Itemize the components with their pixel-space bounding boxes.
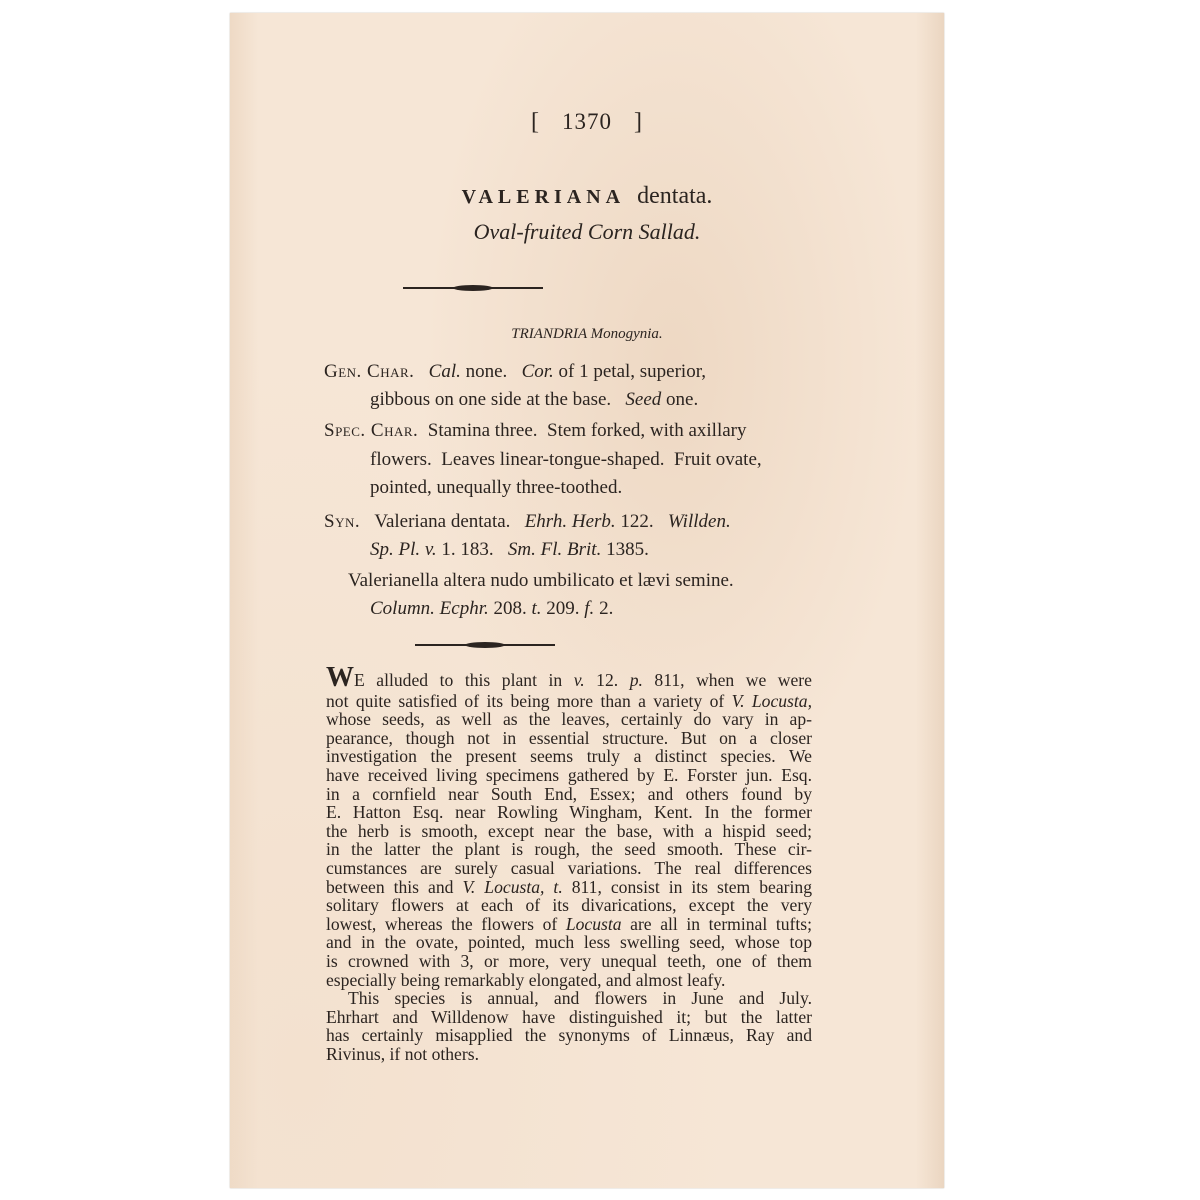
text-italic: V. Locusta, t.: [462, 877, 562, 897]
order-name: Monogynia.: [591, 326, 663, 342]
text: Ehrhart and Willdenow have distinguished…: [326, 1007, 812, 1027]
syn-line-1: Syn. Valeriana dentata. Ehrh. Herb. 122.…: [324, 507, 731, 536]
body-line: This species is annual, and flowers in J…: [348, 989, 812, 1007]
body-line: and in the ovate, pointed, much less swe…: [326, 933, 812, 951]
body-line: has certainly misapplied the synonyms of…: [326, 1026, 812, 1044]
text-italic: Sp. Pl. v.: [370, 539, 437, 560]
text: one.: [661, 389, 698, 410]
text: the herb is smooth, except near the base…: [326, 821, 812, 841]
text: 811, consist in its stem bearing: [563, 877, 812, 897]
body-line: in the latter the plant is rough, the se…: [326, 840, 812, 858]
text-italic: f.: [584, 598, 594, 619]
folio-bracket-close: ]: [634, 109, 643, 136]
text: lowest, whereas the flowers of: [326, 914, 566, 934]
text-italic: Cal.: [429, 361, 461, 382]
text: Rivinus, if not others.: [326, 1044, 479, 1064]
drop-cap: W: [326, 662, 354, 693]
body-line: not quite satisfied of its being more th…: [326, 692, 812, 710]
text-italic: p.: [630, 670, 643, 690]
ornamental-rule-bottom: [415, 644, 555, 646]
body-line: Ehrhart and Willdenow have distinguished…: [326, 1008, 812, 1026]
text-italic: Sm. Fl. Brit.: [508, 539, 601, 560]
body-line: between this and V. Locusta, t. 811, con…: [326, 878, 812, 896]
body-line: especially being remarkably elongated, a…: [326, 971, 812, 989]
text-italic: Column. Ecphr.: [370, 598, 489, 619]
text: 1. 183.: [437, 539, 508, 560]
text: in the latter the plant is rough, the se…: [326, 839, 812, 859]
body-line: investigation the present seems truly a …: [326, 747, 812, 765]
ornamental-rule-top: [403, 287, 543, 289]
text: gibbous on one side at the base.: [370, 389, 625, 410]
text-italic: v.: [574, 670, 585, 690]
body-line: the herb is smooth, except near the base…: [326, 822, 812, 840]
text: in a cornfield near South End, Essex; an…: [326, 784, 812, 804]
text: 2.: [594, 598, 613, 619]
text-italic: Willden.: [668, 511, 731, 532]
text: Valerianella altera nudo umbilicato et l…: [348, 570, 734, 591]
text: Valeriana dentata.: [374, 511, 524, 532]
text-italic: t.: [532, 598, 542, 619]
text: 1385.: [601, 539, 649, 560]
syn-line-4: Column. Ecphr. 208. t. 209. f. 2.: [370, 594, 613, 623]
classification: TRIANDRIA Monogynia.: [230, 326, 944, 343]
text: between this and: [326, 877, 462, 897]
folio-number: 1370: [562, 109, 612, 134]
text: solitary flowers at each of its divarica…: [326, 895, 812, 915]
text-italic: Cor.: [522, 361, 554, 382]
syn-line-2: Sp. Pl. v. 1. 183. Sm. Fl. Brit. 1385.: [370, 535, 649, 564]
text: pearance, though not in essential struct…: [326, 728, 812, 748]
spec-char-line-2: flowers. Leaves linear-tongue-shaped. Fr…: [370, 445, 762, 474]
text: flowers. Leaves linear-tongue-shaped. Fr…: [370, 449, 762, 470]
gen-char-line-1: Gen. Char. Cal. none. Cor. of 1 petal, s…: [324, 357, 812, 386]
body-line: is crowned with 3, or more, very unequal…: [326, 952, 812, 970]
text-italic: Ehrh. Herb.: [525, 511, 616, 532]
gen-char-line-2: gibbous on one side at the base. Seed on…: [370, 385, 698, 414]
text: whose seeds, as well as the leaves, cert…: [326, 709, 812, 729]
spec-char-line-1: Spec. Char. Stamina three. Stem forked, …: [324, 416, 746, 445]
text: E. Hatton Esq. near Rowling Wingham, Ken…: [326, 802, 812, 822]
text: Stamina three. Stem forked, with axillar…: [428, 420, 747, 441]
text: of 1 petal, superior,: [554, 361, 706, 382]
text: 209.: [542, 598, 585, 619]
body-line: WE alluded to this plant in v. 12. p. 81…: [326, 669, 812, 689]
gen-char-label: Gen. Char.: [324, 361, 414, 382]
text: especially being remarkably elongated, a…: [326, 970, 725, 990]
body-line: lowest, whereas the flowers of Locusta a…: [326, 915, 812, 933]
text: have received living specimens gathered …: [326, 765, 812, 785]
text: none.: [461, 361, 522, 382]
page-title: VALERIANA dentata.: [230, 183, 944, 210]
text: not quite satisfied of its being more th…: [326, 691, 732, 711]
text: 12.: [585, 670, 630, 690]
syn-line-3: Valerianella altera nudo umbilicato et l…: [348, 566, 734, 595]
text: has certainly misapplied the synonyms of…: [326, 1025, 812, 1045]
body-line: pearance, though not in essential struct…: [326, 729, 812, 747]
text: pointed, unequally three-toothed.: [370, 477, 622, 498]
body-line: in a cornfield near South End, Essex; an…: [326, 785, 812, 803]
book-page: [1370] VALERIANA dentata. Oval-fruited C…: [230, 13, 944, 1188]
text: 208.: [489, 598, 532, 619]
page-number: [1370]: [230, 109, 944, 136]
text-italic: Locusta: [566, 914, 622, 934]
folio-bracket-open: [: [531, 109, 540, 136]
syn-label: Syn.: [324, 511, 360, 532]
common-name: Oval-fruited Corn Sallad.: [230, 219, 944, 245]
body-line: cumstances are surely casual variations.…: [326, 859, 812, 877]
title-genus: VALERIANA: [462, 186, 626, 208]
body-line: Rivinus, if not others.: [326, 1045, 812, 1063]
text: cumstances are surely casual variations.…: [326, 858, 812, 878]
text-italic: V. Locusta,: [732, 691, 812, 711]
spec-char-line-3: pointed, unequally three-toothed.: [370, 473, 622, 502]
body-line: whose seeds, as well as the leaves, cert…: [326, 710, 812, 728]
text: This species is annual, and flowers in J…: [348, 988, 812, 1008]
text: is crowned with 3, or more, very unequal…: [326, 951, 812, 971]
body-line: have received living specimens gathered …: [326, 766, 812, 784]
spec-char-label: Spec. Char.: [324, 420, 418, 441]
text: and in the ovate, pointed, much less swe…: [326, 932, 812, 952]
text: are all in terminal tufts;: [622, 914, 812, 934]
body-line: E. Hatton Esq. near Rowling Wingham, Ken…: [326, 803, 812, 821]
text-italic: Seed: [625, 389, 661, 410]
body-line: solitary flowers at each of its divarica…: [326, 896, 812, 914]
title-species: dentata.: [637, 183, 712, 209]
text: investigation the present seems truly a …: [326, 746, 812, 766]
text: E alluded to this plant in: [354, 670, 574, 690]
text: 122.: [616, 511, 668, 532]
text: 811, when we were: [643, 670, 812, 690]
class-name: TRIANDRIA: [511, 326, 587, 342]
